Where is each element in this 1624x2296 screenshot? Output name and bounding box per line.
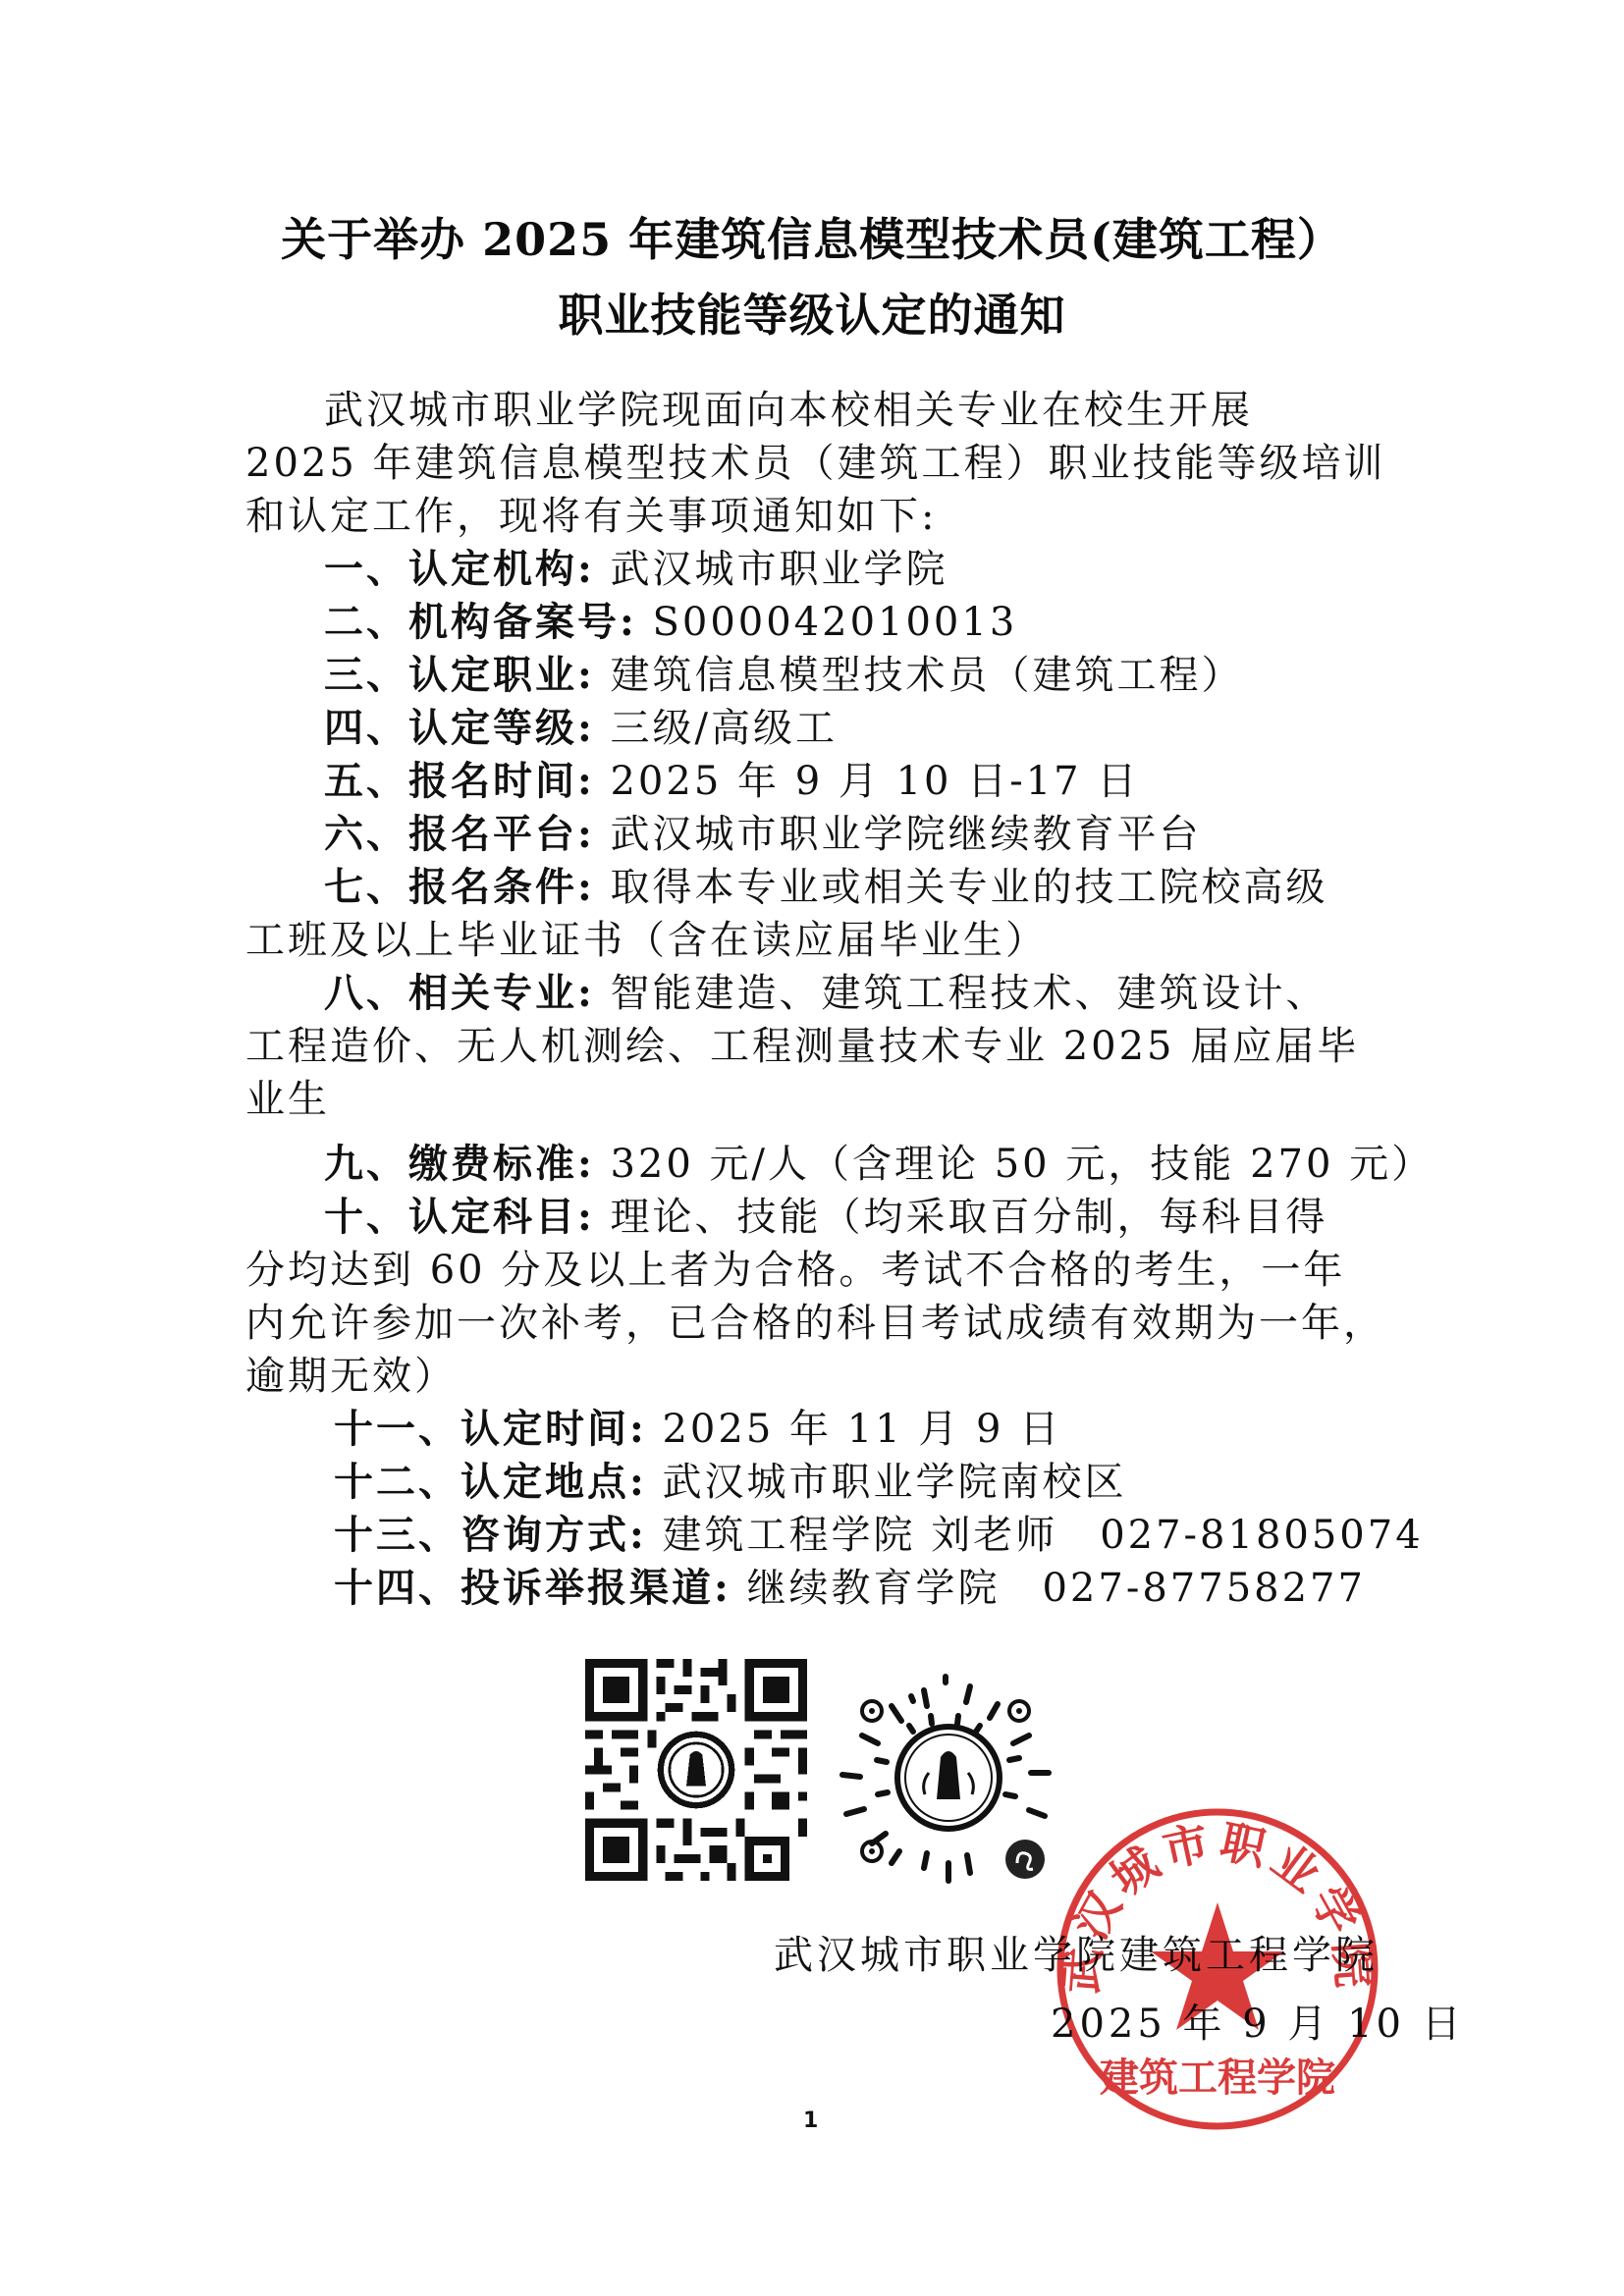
item-label: 五、报名时间: xyxy=(324,758,595,804)
item-10-continuation-3: 逾期无效） xyxy=(245,1351,457,1402)
item-value: S000042010013 xyxy=(652,600,1017,645)
item-9: 九、缴费标准: 320 元/人（含理论 50 元，技能 270 元） xyxy=(324,1139,1434,1190)
item-label: 十一、认定时间: xyxy=(334,1406,647,1452)
title-line-1: 关于举办 2025 年建筑信息模型技术员(建筑工程） xyxy=(0,204,1624,269)
item-label: 十、认定科目: xyxy=(324,1194,595,1240)
item-label: 十二、认定地点: xyxy=(334,1459,647,1505)
item-8: 八、相关专业: 智能建造、建筑工程技术、建筑设计、 xyxy=(324,968,1327,1019)
document-page: 关于举办 2025 年建筑信息模型技术员(建筑工程） 职业技能等级认定的通知 武… xyxy=(0,0,1624,2296)
item-10: 十、认定科目: 理论、技能（均采取百分制，每科目得 xyxy=(324,1192,1327,1243)
wechat-mini-program-icon[interactable] xyxy=(833,1667,1058,1889)
item-1: 一、认定机构: 武汉城市职业学院 xyxy=(324,544,947,595)
item-label: 十三、咨询方式: xyxy=(334,1512,647,1558)
item-label: 八、相关专业: xyxy=(324,970,595,1016)
item-label: 三、认定职业: xyxy=(324,652,595,698)
intro-line-1: 武汉城市职业学院现面向本校相关专业在校生开展 xyxy=(324,385,1463,436)
item-6: 六、报名平台: 武汉城市职业学院继续教育平台 xyxy=(324,809,1201,860)
item-value: 继续教育学院 027-87758277 xyxy=(746,1566,1365,1611)
item-value: 武汉城市职业学院 xyxy=(610,547,947,592)
item-value: 理论、技能（均采取百分制，每科目得 xyxy=(610,1195,1327,1240)
item-label: 二、机构备案号: xyxy=(324,599,637,645)
item-5: 五、报名时间: 2025 年 9 月 10 日-17 日 xyxy=(324,756,1139,807)
page-number: 1 xyxy=(803,2109,818,2133)
item-value: 2025 年 9 月 10 日-17 日 xyxy=(610,759,1139,804)
item-label: 九、缴费标准: xyxy=(324,1141,595,1187)
item-8-continuation-2: 业生 xyxy=(245,1074,330,1125)
intro-line-2: 2025 年建筑信息模型技术员（建筑工程）职业技能等级培训 xyxy=(245,438,1384,489)
item-value: 建筑工程学院 刘老师 027-81805074 xyxy=(662,1513,1423,1558)
item-value: 智能建造、建筑工程技术、建筑设计、 xyxy=(610,971,1327,1016)
item-14: 十四、投诉举报渠道: 继续教育学院 027-87758277 xyxy=(334,1563,1366,1614)
stamp-bottom-text: 建筑工程学院 xyxy=(1100,2056,1335,2101)
item-7-continuation: 工班及以上毕业证书（含在读应届毕业生） xyxy=(245,915,1048,966)
item-value: 武汉城市职业学院继续教育平台 xyxy=(610,812,1201,857)
title-line-2: 职业技能等级认定的通知 xyxy=(0,280,1624,345)
item-value: 2025 年 11 月 9 日 xyxy=(662,1407,1061,1452)
item-8-continuation-1: 工程造价、无人机测绘、工程测量技术专业 2025 届应届毕 xyxy=(245,1021,1359,1072)
item-value: 武汉城市职业学院南校区 xyxy=(662,1460,1126,1505)
item-3: 三、认定职业: 建筑信息模型技术员（建筑工程） xyxy=(324,650,1243,701)
item-label: 四、认定等级: xyxy=(324,705,595,751)
intro-line-3: 和认定工作，现将有关事项通知如下: xyxy=(245,491,1384,542)
item-7: 七、报名条件: 取得本专业或相关专业的技工院校高级 xyxy=(324,862,1327,913)
item-label: 六、报名平台: xyxy=(324,811,595,857)
item-13: 十三、咨询方式: 建筑工程学院 刘老师 027-81805074 xyxy=(334,1510,1424,1561)
item-value: 建筑信息模型技术员（建筑工程） xyxy=(610,653,1243,698)
item-10-continuation-1: 分均达到 60 分及以上者为合格。考试不合格的考生，一年 xyxy=(245,1245,1345,1296)
item-value: 320 元/人（含理论 50 元，技能 270 元） xyxy=(610,1142,1434,1187)
item-label: 十四、投诉举报渠道: xyxy=(334,1565,731,1611)
qr-code-icon[interactable] xyxy=(585,1659,807,1881)
item-label: 七、报名条件: xyxy=(324,864,595,910)
item-2: 二、机构备案号: S000042010013 xyxy=(324,597,1017,648)
item-value: 三级/高级工 xyxy=(610,706,837,751)
item-4: 四、认定等级: 三级/高级工 xyxy=(324,703,838,754)
item-11: 十一、认定时间: 2025 年 11 月 9 日 xyxy=(334,1404,1061,1455)
item-12: 十二、认定地点: 武汉城市职业学院南校区 xyxy=(334,1457,1126,1508)
item-10-continuation-2: 内允许参加一次补考，已合格的科目考试成绩有效期为一年， xyxy=(245,1298,1385,1349)
item-label: 一、认定机构: xyxy=(324,546,595,592)
item-value: 取得本专业或相关专业的技工院校高级 xyxy=(610,865,1327,910)
official-stamp-icon: 武汉城市职业学院 建筑工程学院 xyxy=(1053,1804,1382,2134)
